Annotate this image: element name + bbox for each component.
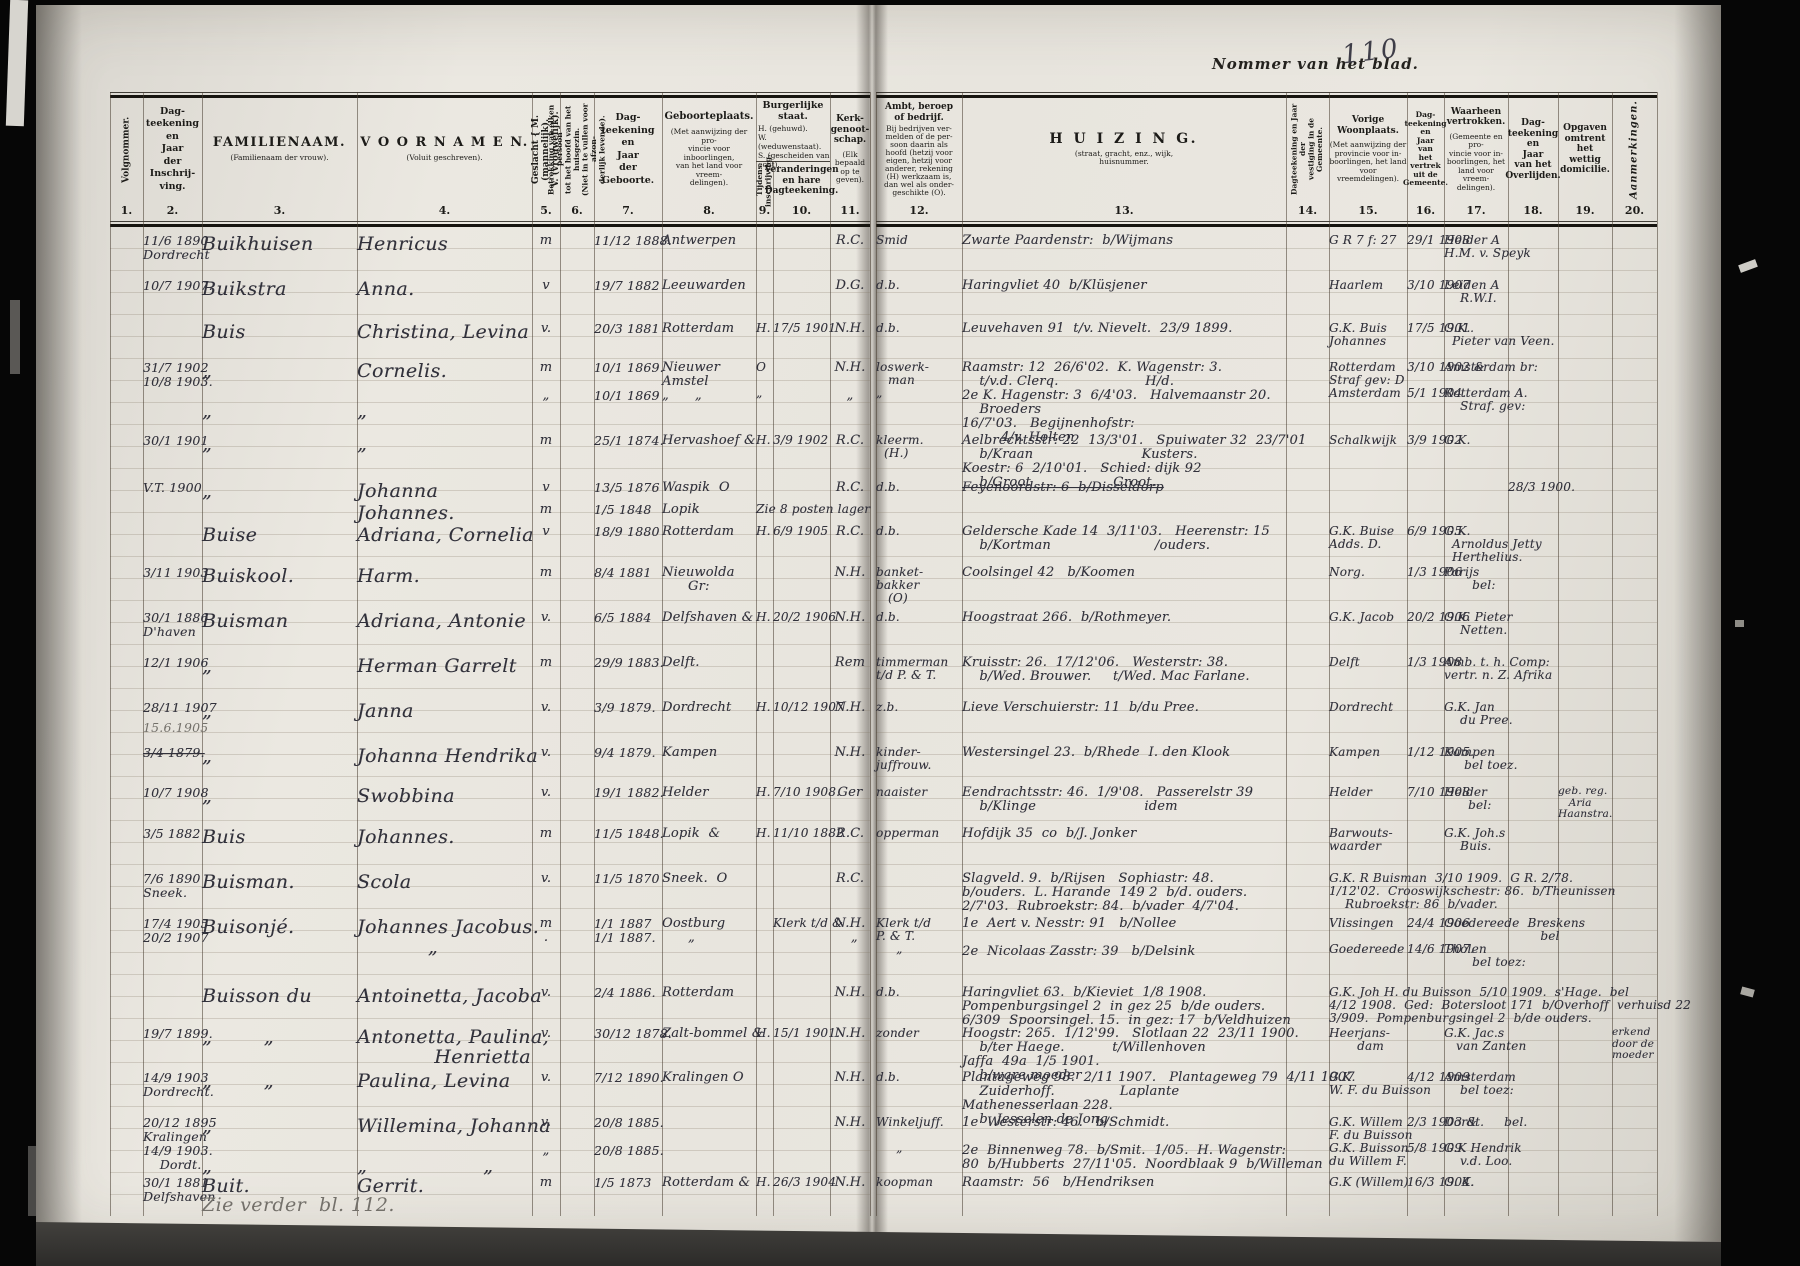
entry-c2: 30/1 1901 <box>143 434 202 448</box>
table-column-line <box>870 92 871 1216</box>
entry-c12: z.b. <box>876 701 962 714</box>
entry-c16: 24/4 1906 14/6 1907. <box>1407 917 1444 956</box>
entry-c8: Lopik & <box>662 827 756 841</box>
entry-c7: 2/4 1886. <box>594 986 662 1000</box>
entry-c17: Amsterdam br: Rotterdam A. Straf. gev: <box>1444 361 1508 413</box>
entry-c5: v <box>532 481 560 495</box>
column-header-c12: Ambt, beroep of bedrijf.Bij bedrijven ve… <box>876 100 962 199</box>
entry-c10: 20/2 1906 <box>773 611 830 624</box>
entry-c15: Delft <box>1329 656 1407 669</box>
entry-c13: Haringvliet 63. b/Kieviet 1/8 1908. Pomp… <box>962 986 1286 1028</box>
entry-c17: Leiden A R.W.I. <box>1444 279 1508 305</box>
entry-c10: 15/1 1901. <box>773 1027 830 1040</box>
column-subtitle: (Elk bepaald op te geven). <box>835 151 865 185</box>
entry-c10: Klerk t/d & <box>773 917 830 930</box>
entry-c11: D.G. <box>830 279 870 293</box>
entry-c3: Buiskool. <box>202 566 357 586</box>
entry-c8: Nieuwolda Gr: <box>662 566 756 594</box>
column-number-c5: 5. <box>532 201 560 220</box>
table-column-line <box>1407 92 1408 1216</box>
column-number-c10: 10. <box>773 201 830 220</box>
entry-c3: „ <box>202 746 357 766</box>
entry-c15: Norg. <box>1329 566 1407 579</box>
entry-c10: 6/9 1905 <box>773 525 830 538</box>
entry-c13: Leuvehaven 91 t/v. Nievelt. 23/9 1899. <box>962 322 1286 336</box>
table-column-line <box>876 92 877 1216</box>
column-header-c13: H U I Z I N G.(straat, gracht, enz., wij… <box>962 100 1286 199</box>
entry-c7: 13/5 1876 <box>594 481 662 495</box>
column-number-c6: 6. <box>560 201 594 220</box>
entry-c16: 20/2 1906 <box>1407 611 1444 624</box>
column-title: Veranderingen en hare Dagteekening. <box>764 165 838 197</box>
column-header-c19: Opgaven omtrent het wettig domicilie. <box>1558 100 1612 199</box>
entry-c16: 17/5 1901. <box>1407 322 1444 335</box>
entry-c17: G.K. <box>1444 434 1508 447</box>
column-number-c4: 4. <box>357 201 532 220</box>
entry-c3: „ „ <box>202 1027 357 1047</box>
entry-c4: Janna <box>357 701 532 721</box>
entry-c5: v. <box>532 986 560 1000</box>
entry-c17: G.K. Jac.s van Zanten <box>1444 1027 1508 1053</box>
entry-c13: 1e Westerstr: 46. b/Schmidt. 2e Binnenwe… <box>962 1116 1286 1172</box>
entry-c17: G.K. Joh.s Buis. <box>1444 827 1508 853</box>
entry-c9: H. <box>756 525 773 538</box>
column-title: Vorige Woonplaats. <box>1337 115 1399 136</box>
column-title: Dagteekening en Jaar der vestiging in de… <box>1291 100 1325 199</box>
entry-c15: Schalkwijk <box>1329 434 1407 447</box>
entry-c10: 11/10 1882 <box>773 827 830 840</box>
column-header-c1: Volgnommer. <box>110 100 143 199</box>
column-title: FAMILIENAAM. <box>213 137 346 149</box>
entry-c11: N.H. <box>830 746 870 760</box>
entry-c4: Antonetta, Paulina, Henrietta <box>357 1027 532 1067</box>
entry-c4: Antoinetta, Jacoba <box>357 986 532 1006</box>
entry-c12: Smid <box>876 234 962 247</box>
entry-c13: Hoogstraat 266. b/Rothmeyer. <box>962 611 1286 625</box>
entry-c12: d.b. <box>876 611 962 624</box>
entry-c11: N.H. <box>830 701 870 715</box>
entry-c8: Sneek. O <box>662 872 756 886</box>
column-title: Dag- teekening en Jaar van het vertrek u… <box>1403 111 1448 188</box>
entry-c15: Barwouts- waarder <box>1329 827 1407 853</box>
entry-c4: Swobbina <box>357 786 532 806</box>
column-number-c3: 3. <box>202 201 357 220</box>
entry-c15: G.K. W. F. du Buisson <box>1329 1071 1407 1097</box>
entry-c4: Henricus <box>357 234 532 254</box>
entry-c13: Coolsingel 42 b/Koomen <box>962 566 1286 580</box>
entry-c4: Anna. <box>357 279 532 299</box>
table-column-line <box>594 92 595 1216</box>
entry-c9: H. <box>756 322 773 335</box>
column-number-c9: 9. <box>756 201 773 220</box>
entry-c11: R.C. <box>830 434 870 448</box>
burgerlijke-staat-group-header: Burgerlijke staat.H. (gehuwd). W. (weduw… <box>756 100 830 161</box>
entry-c4: „ <box>357 434 532 454</box>
film-edge-mark <box>28 1146 36 1216</box>
table-column-line <box>110 92 111 1216</box>
column-header-c6: Betrekking van elken persoon tot het hoo… <box>560 100 594 199</box>
entry-c17: Goedereede Breskens bel Tholen bel toez: <box>1444 917 1508 969</box>
entry-c15: G.K. Willem F. du Buisson G.K. Buisson d… <box>1329 1116 1407 1168</box>
entry-c7: 9/4 1879. <box>594 746 662 760</box>
header-bottom-rule <box>876 224 1657 227</box>
entry-c15: Rotterdam Straf gev: D Amsterdam <box>1329 361 1407 400</box>
entry-c13: Geldersche Kade 14 3/11'03. Heerenstr: 1… <box>962 525 1286 553</box>
entry-c11: R.C. <box>830 234 870 248</box>
entry-c11: N.H. <box>830 986 870 1000</box>
column-subtitle: (straat, gracht, enz., wijk, huisnummer. <box>1075 150 1173 167</box>
entry-c3: Buise <box>202 525 357 545</box>
column-number-c11: 11. <box>830 201 870 220</box>
entry-c15: Dordrecht <box>1329 701 1407 714</box>
entry-c13: Eendrachtsstr: 46. 1/9'08. Passerelstr 3… <box>962 786 1286 814</box>
entry-c15: G R 7 f: 27 <box>1329 234 1407 247</box>
table-column-line <box>1558 92 1559 1216</box>
entry-c11: R.C. <box>830 872 870 886</box>
entry-c3: Buisonjé. <box>202 917 357 937</box>
entry-c16: 4/12 1909 <box>1407 1071 1444 1084</box>
column-number-c20: 20. <box>1612 201 1657 220</box>
column-subtitle: (Voluit geschreven). <box>406 154 482 163</box>
column-header-c18: Dag- teekening en Jaar van het Overlijde… <box>1508 100 1558 199</box>
entry-c12: koopman <box>876 1176 962 1189</box>
entry-c7: 10/1 1869. 10/1 1869 <box>594 361 662 403</box>
column-header-c15: Vorige Woonplaats.(Met aanwijzing der pr… <box>1329 100 1407 199</box>
entry-c2: 17/4 1905 20/2 1907 <box>143 917 202 945</box>
entry-c5: m <box>532 434 560 448</box>
entry-c5: v. <box>532 786 560 800</box>
entry-c8: Rotterdam <box>662 322 756 336</box>
entry-c7: 20/3 1881 <box>594 322 662 336</box>
entry-c8: Dordrecht <box>662 701 756 715</box>
column-number-c12: 12. <box>876 201 962 220</box>
entry-c11: N.H. „ <box>830 361 870 403</box>
table-column-line <box>1286 92 1287 1216</box>
entry-c4: Harm. <box>357 566 532 586</box>
entry-c13: Lieve Verschuierstr: 11 b/du Pree. <box>962 701 1286 715</box>
column-title: Ambt, beroep of bedrijf. <box>885 102 953 123</box>
column-title: Dag- teekening en Jaar van het Overlijde… <box>1505 118 1560 181</box>
entry-c15: G.K. Joh H. du Buisson 5/10 1909. s'Hage… <box>1329 986 1407 1025</box>
entry-c11: N.H. <box>830 1176 870 1190</box>
table-column-line <box>662 92 663 1216</box>
entry-c5: v. <box>532 872 560 886</box>
entry-c5: m <box>532 503 560 517</box>
entry-c16: 1/3 1906 <box>1407 566 1444 579</box>
entry-c12: banket- bakker (O) <box>876 566 962 605</box>
column-subtitle: (Familienaam der vrouw). <box>230 154 328 163</box>
entry-c5: m „ <box>532 361 560 403</box>
entry-c2: 10/7 1908 <box>143 786 202 800</box>
entry-c11: Rem <box>830 656 870 670</box>
entry-c9: H. <box>756 1176 773 1189</box>
entry-c4: Cornelis. „ <box>357 361 532 421</box>
entry-c12: zonder <box>876 1027 962 1040</box>
group-title: Burgerlijke staat. <box>756 100 830 122</box>
entry-c13: Westersingel 23. b/Rhede I. den Klook <box>962 746 1286 760</box>
entry-c11: N.H. <box>830 322 870 336</box>
entry-c16: 16/3 1904. <box>1407 1176 1444 1189</box>
entry-c2: 7/6 1890 Sneek. <box>143 872 202 900</box>
entry-c5: v. <box>532 701 560 715</box>
entry-c8: Delft. <box>662 656 756 670</box>
column-title: Waarheen vertrokken. <box>1447 107 1505 128</box>
entry-c12: d.b. <box>876 322 962 335</box>
entry-c5: v <box>532 525 560 539</box>
column-subtitle: (Met aanwijzing der provincie voor in- b… <box>1329 141 1407 184</box>
entry-c15: Haarlem <box>1329 279 1407 292</box>
entry-c12: kleerm. (H.) <box>876 434 962 460</box>
entry-c3: Buis <box>202 827 357 847</box>
entry-c19: geb. reg. Aria Haanstra. <box>1558 786 1612 821</box>
entry-c17: Dordt. bel. G.K Hendrik v.d. Loo. <box>1444 1116 1508 1168</box>
entry-c9: H. <box>756 827 773 840</box>
entry-c9: H. <box>756 611 773 624</box>
entry-c2: 31/7 1902 10/8 1903. <box>143 361 202 389</box>
entry-c3: „ „ <box>202 1116 357 1176</box>
entry-c7: 11/12 1888. <box>594 234 662 248</box>
entry-c15: Kampen <box>1329 746 1407 759</box>
entry-c7: 8/4 1881 <box>594 566 662 580</box>
column-number-c7: 7. <box>594 201 662 220</box>
entry-c11: N.H. <box>830 566 870 580</box>
entry-c15: Vlissingen Goedereede <box>1329 917 1407 956</box>
entry-c15: G.K. Buise Adds. D. <box>1329 525 1407 551</box>
entry-c3: „ <box>202 481 357 501</box>
column-header-c3: FAMILIENAAM.(Familienaam der vrouw). <box>202 100 357 199</box>
entry-c11: R.C. <box>830 481 870 495</box>
entry-c5: v <box>532 279 560 293</box>
column-title: Aanmerkingen. <box>1629 100 1641 199</box>
entry-c16: 3/9 1902 <box>1407 434 1444 447</box>
entry-c11: Ger <box>830 786 870 800</box>
entry-c8: Helder <box>662 786 756 800</box>
column-title: H U I Z I N G. <box>1049 133 1198 145</box>
entry-c17: Amb. t. h. Comp: vertr. n. Z. Afrika <box>1444 656 1508 682</box>
entry-c13: Haringvliet 40 b/Klüsjener <box>962 279 1286 293</box>
table-column-line <box>830 92 831 1216</box>
entry-c12: d.b. <box>876 279 962 292</box>
entry-c5: m <box>532 566 560 580</box>
entry-c8: Lopik <box>662 503 756 517</box>
entry-c4: Herman Garrelt <box>357 656 532 676</box>
entry-c17: Helder A H.M. v. Speyk <box>1444 234 1508 260</box>
entry-c11: R.C. <box>830 827 870 841</box>
column-title: Volgnommer. <box>122 116 132 182</box>
entry-c2: 11/6 1890 Dordrecht <box>143 234 202 262</box>
entry-c17: G. K. <box>1444 1176 1508 1189</box>
entry-c9: H. <box>756 701 773 714</box>
entry-c8: Kampen <box>662 746 756 760</box>
entry-c9: Zie 8 posten lager <box>756 503 773 516</box>
entry-c8: Delfshaven & <box>662 611 756 625</box>
entry-c3: „ „ <box>202 361 357 421</box>
column-header-c2: Dag- teekening en Jaar der Inschrij- vin… <box>143 100 202 199</box>
entry-c2: 15.6.1905 <box>143 721 202 735</box>
film-edge-mark <box>1735 620 1744 627</box>
entry-c18: 28/3 1900. <box>1508 481 1558 494</box>
entry-c5: m <box>532 1176 560 1190</box>
entry-c16: 3/10 1902 & 5/1 1904. <box>1407 361 1444 400</box>
entry-c12: d.b. <box>876 525 962 538</box>
column-header-c8: Geboorteplaats.(Met aanwijzing der pro- … <box>662 100 756 199</box>
entry-c3: „ <box>202 786 357 806</box>
entry-c3: „ „ <box>202 1071 357 1091</box>
entry-c11: R.C. <box>830 525 870 539</box>
entry-c8: Waspik O <box>662 481 756 495</box>
column-title: Opgaven omtrent het wettig domicilie. <box>1560 123 1610 176</box>
entry-c3: Buit. <box>202 1176 357 1196</box>
column-number-c2: 2. <box>143 201 202 220</box>
entry-c3: Buisman. <box>202 872 357 892</box>
entry-c7: 3/9 1879. <box>594 701 662 715</box>
column-title: Dag- teekening en Jaar der Geboorte. <box>601 112 654 187</box>
entry-c16: 6/9 1905. <box>1407 525 1444 538</box>
entry-c4: Christina, Levina <box>357 322 532 342</box>
entry-c8: Nieuwer Amstel „ „ <box>662 361 756 403</box>
entry-c4: Willemina, Johanna „ „ <box>357 1116 532 1176</box>
entry-c3: Zie verder bl. 112. <box>202 1195 357 1215</box>
entry-c7: 19/7 1882 <box>594 279 662 293</box>
entry-c17: Kampen bel toez. <box>1444 746 1508 772</box>
entry-c17: Amsterdam bel toez: <box>1444 1071 1508 1097</box>
table-column-line <box>773 161 774 1216</box>
entry-c8: Rotterdam & <box>662 1176 756 1190</box>
entry-c17: Helder bel: <box>1444 786 1508 812</box>
entry-c11: N.H. <box>830 611 870 625</box>
entry-c4: Adriana, Cornelia <box>357 525 532 545</box>
entry-c17: Parijs bel: <box>1444 566 1508 592</box>
entry-c4: Adriana, Antonie <box>357 611 532 631</box>
column-header-c11: Kerk- genoot- schap.(Elk bepaald op te g… <box>830 100 870 199</box>
entry-c5: v. „ <box>532 1116 560 1158</box>
entry-c5: m . <box>532 917 560 945</box>
entry-c8: Rotterdam <box>662 525 756 539</box>
entry-c9: O „ <box>756 361 773 400</box>
entry-c10: 26/3 1904 <box>773 1176 830 1189</box>
entry-c2: 12/1 1906 <box>143 656 202 670</box>
entry-c16: 1/3 1908 <box>1407 656 1444 669</box>
entry-c15: Helder <box>1329 786 1407 799</box>
entry-c5: v. <box>532 1027 560 1041</box>
entry-c11: N.H. „ <box>830 917 870 945</box>
entry-c11: N.H. <box>830 1071 870 1085</box>
entry-c15: Heerjans- dam <box>1329 1027 1407 1053</box>
entry-c13: Slagveld. 9. b/Rijsen Sophiastr: 48. b/o… <box>962 872 1286 914</box>
entry-c8: Antwerpen <box>662 234 756 248</box>
group-subtitle: H. (gehuwd). W. (weduwenstaat). S. (gesc… <box>756 124 830 169</box>
entry-c15: G.K (Willem) <box>1329 1176 1407 1189</box>
entry-c12: timmerman t/d P. & T. <box>876 656 962 682</box>
column-header-c16: Dag- teekening en Jaar van het vertrek u… <box>1407 100 1444 199</box>
column-number-c1: 1. <box>110 201 143 220</box>
entry-c10: 3/9 1902 <box>773 434 830 447</box>
column-subtitle: (Gemeente en pro- vincie voor in- boorli… <box>1444 133 1508 193</box>
entry-c4: Johannes Jacobus. „ <box>357 917 532 957</box>
entry-c17: G.K. Jan du Pree. <box>1444 701 1508 727</box>
entry-c7: 19/1 1882. <box>594 786 662 800</box>
entry-c10: 10/12 1907 <box>773 701 830 714</box>
entry-c2: 20/12 1895 Kralingen 14/9 1903. Dordt. <box>143 1116 202 1172</box>
table-column-line <box>560 92 561 1216</box>
entry-c15: G.K. R Buisman 3/10 1909. G R. 2/78. 1/1… <box>1329 872 1407 911</box>
entry-c7: 29/9 1883. <box>594 656 662 670</box>
entry-c17: G.K. Pieter Netten. <box>1444 611 1508 637</box>
entry-c7: 1/5 1848 <box>594 503 662 517</box>
entry-c12: d.b. <box>876 986 962 999</box>
entry-c13: Hofdijk 35 co b/J. Jonker <box>962 827 1286 841</box>
entry-c12: Klerk t/d P. & T. „ <box>876 917 962 956</box>
entry-c5: m <box>532 234 560 248</box>
column-title: Dag- teekening en Jaar der Inschrij- vin… <box>146 106 199 194</box>
column-number-c13: 13. <box>962 201 1286 220</box>
column-title: V O O R N A M E N. <box>360 137 529 149</box>
column-number-c15: 15. <box>1329 201 1407 220</box>
column-number-c14: 14. <box>1286 201 1329 220</box>
entry-c4: Johanna <box>357 481 532 501</box>
entry-c12: naaister <box>876 786 962 799</box>
entry-c3: „ <box>202 434 357 454</box>
entry-c7: 6/5 1884 <box>594 611 662 625</box>
entry-c12: kinder- juffrouw. <box>876 746 962 772</box>
entry-c3: „ <box>202 701 357 721</box>
entry-c10: 17/5 1901 <box>773 322 830 335</box>
column-header-c17: Waarheen vertrokken.(Gemeente en pro- vi… <box>1444 100 1508 199</box>
entry-c4: Gerrit. <box>357 1176 532 1196</box>
entry-c8: Zalt-bommel & <box>662 1027 756 1041</box>
entry-c8: Leeuwarden <box>662 279 756 293</box>
table-top-rule <box>876 95 1657 98</box>
column-header-c20: Aanmerkingen. <box>1612 100 1657 199</box>
entry-c2: 10/7 1907. <box>143 279 202 293</box>
column-subtitle: Bij bedrijven ver- melden of de per- soo… <box>884 125 954 197</box>
entry-c9: H. <box>756 786 773 799</box>
column-header-c7: Dag- teekening en Jaar der Geboorte. <box>594 100 662 199</box>
entry-c16: 2/3 1903 & 5/8 1909. <box>1407 1116 1444 1155</box>
entry-c5: v. <box>532 746 560 760</box>
entry-c15: G.K. Jacob <box>1329 611 1407 624</box>
entry-c12: opperman <box>876 827 962 840</box>
entry-c8: Rotterdam <box>662 986 756 1000</box>
entry-c2: 28/11 1907 <box>143 701 202 715</box>
entry-c20: erkend door de moeder <box>1612 1027 1657 1062</box>
entry-c17: G.K. Arnoldus Jetty Herthelius. <box>1444 525 1508 564</box>
entry-c13: 1e Aert v. Nesstr: 91 b/Nollee 2e Nicola… <box>962 917 1286 959</box>
entry-c12: d.b. <box>876 481 962 494</box>
entry-c12: loswerk- man „ <box>876 361 962 400</box>
column-number-c17: 17. <box>1444 201 1508 220</box>
entry-c4: Johannes. <box>357 503 532 523</box>
entry-c16: 29/1 1908 <box>1407 234 1444 247</box>
entry-c3: Buisman <box>202 611 357 631</box>
entry-c7: 7/12 1890. <box>594 1071 662 1085</box>
entry-c5: v. <box>532 322 560 336</box>
column-number-c19: 19. <box>1558 201 1612 220</box>
entry-c2: 3/4 1879. <box>143 746 202 760</box>
header-bottom-rule <box>876 221 1657 222</box>
entry-c7: 1/1 1887 1/1 1887. <box>594 917 662 945</box>
column-number-c8: 8. <box>662 201 756 220</box>
table-column-line <box>756 92 757 1216</box>
column-number-c18: 18. <box>1508 201 1558 220</box>
entry-c2: 14/9 1903 Dordrecht. <box>143 1071 202 1099</box>
entry-c3: „ <box>202 656 357 676</box>
entry-c2: 30/1 1881 Delfshaven <box>143 1176 202 1204</box>
entry-c17: G.K. Pieter van Veen. <box>1444 322 1508 348</box>
column-number-c16: 16. <box>1407 201 1444 220</box>
entry-c5: m <box>532 656 560 670</box>
column-subtitle: (Met aanwijzing der pro- vincie voor inb… <box>662 128 756 188</box>
